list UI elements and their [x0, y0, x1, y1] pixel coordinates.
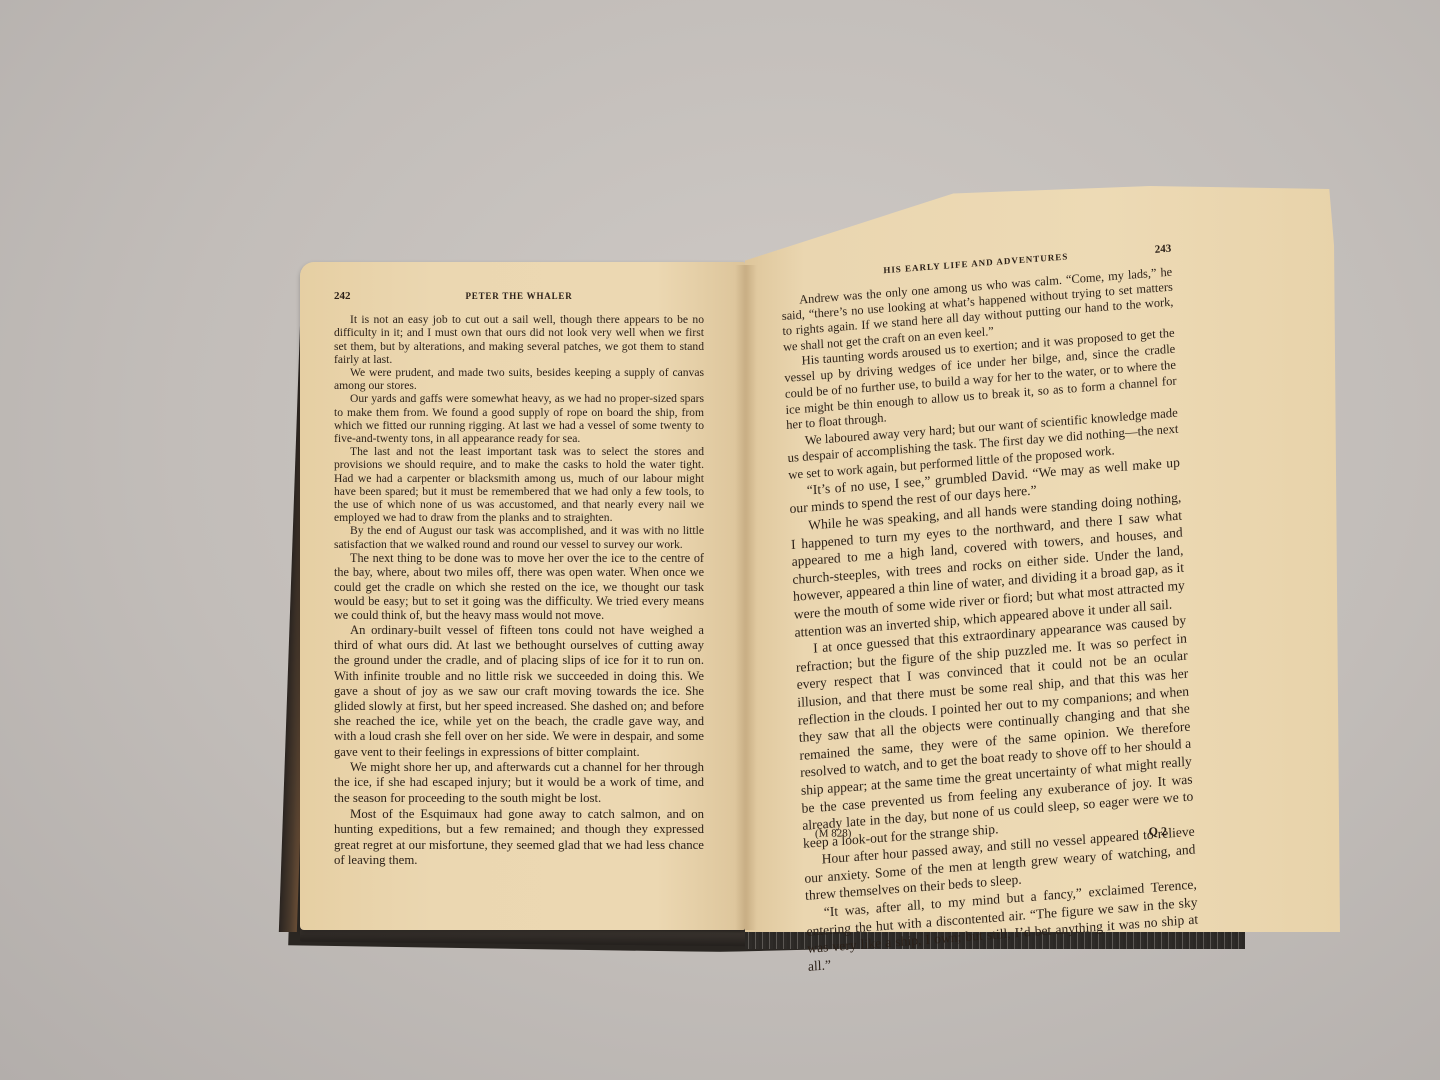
- paragraph: We might shore her up, and afterwards cu…: [334, 760, 704, 807]
- left-page-text: 242 PETER THE WHALER 000 It is not an ea…: [334, 290, 704, 869]
- paragraph: I at once guessed that this extraordinar…: [795, 612, 1194, 852]
- left-running-title: PETER THE WHALER: [351, 290, 688, 303]
- right-page-text: 000 HIS EARLY LIFE AND ADVENTURES 243 An…: [780, 241, 1199, 976]
- printer-code: (M 828): [815, 827, 852, 842]
- signature-mark: Q 2: [1149, 824, 1167, 839]
- paragraph: Our yards and gaffs were somewhat heavy,…: [334, 392, 704, 445]
- photo-scene: 242 PETER THE WHALER 000 It is not an ea…: [0, 0, 1440, 1080]
- paragraph: We were prudent, and made two suits, bes…: [334, 366, 704, 392]
- paragraph: It is not an easy job to cut out a sail …: [334, 313, 704, 366]
- book-gutter: [735, 265, 757, 930]
- paragraph: Most of the Esquimaux had gone away to c…: [334, 807, 704, 869]
- paragraph: An ordinary-built vessel of fifteen tons…: [334, 623, 704, 760]
- paragraph: The last and not the least important tas…: [334, 445, 704, 524]
- paragraph: By the end of August our task was accomp…: [334, 524, 704, 550]
- left-running-head: 242 PETER THE WHALER 000: [334, 290, 704, 303]
- right-page-number: 243: [1154, 241, 1171, 260]
- paragraph: The next thing to be done was to move he…: [334, 551, 704, 623]
- left-page-number: 242: [334, 290, 351, 303]
